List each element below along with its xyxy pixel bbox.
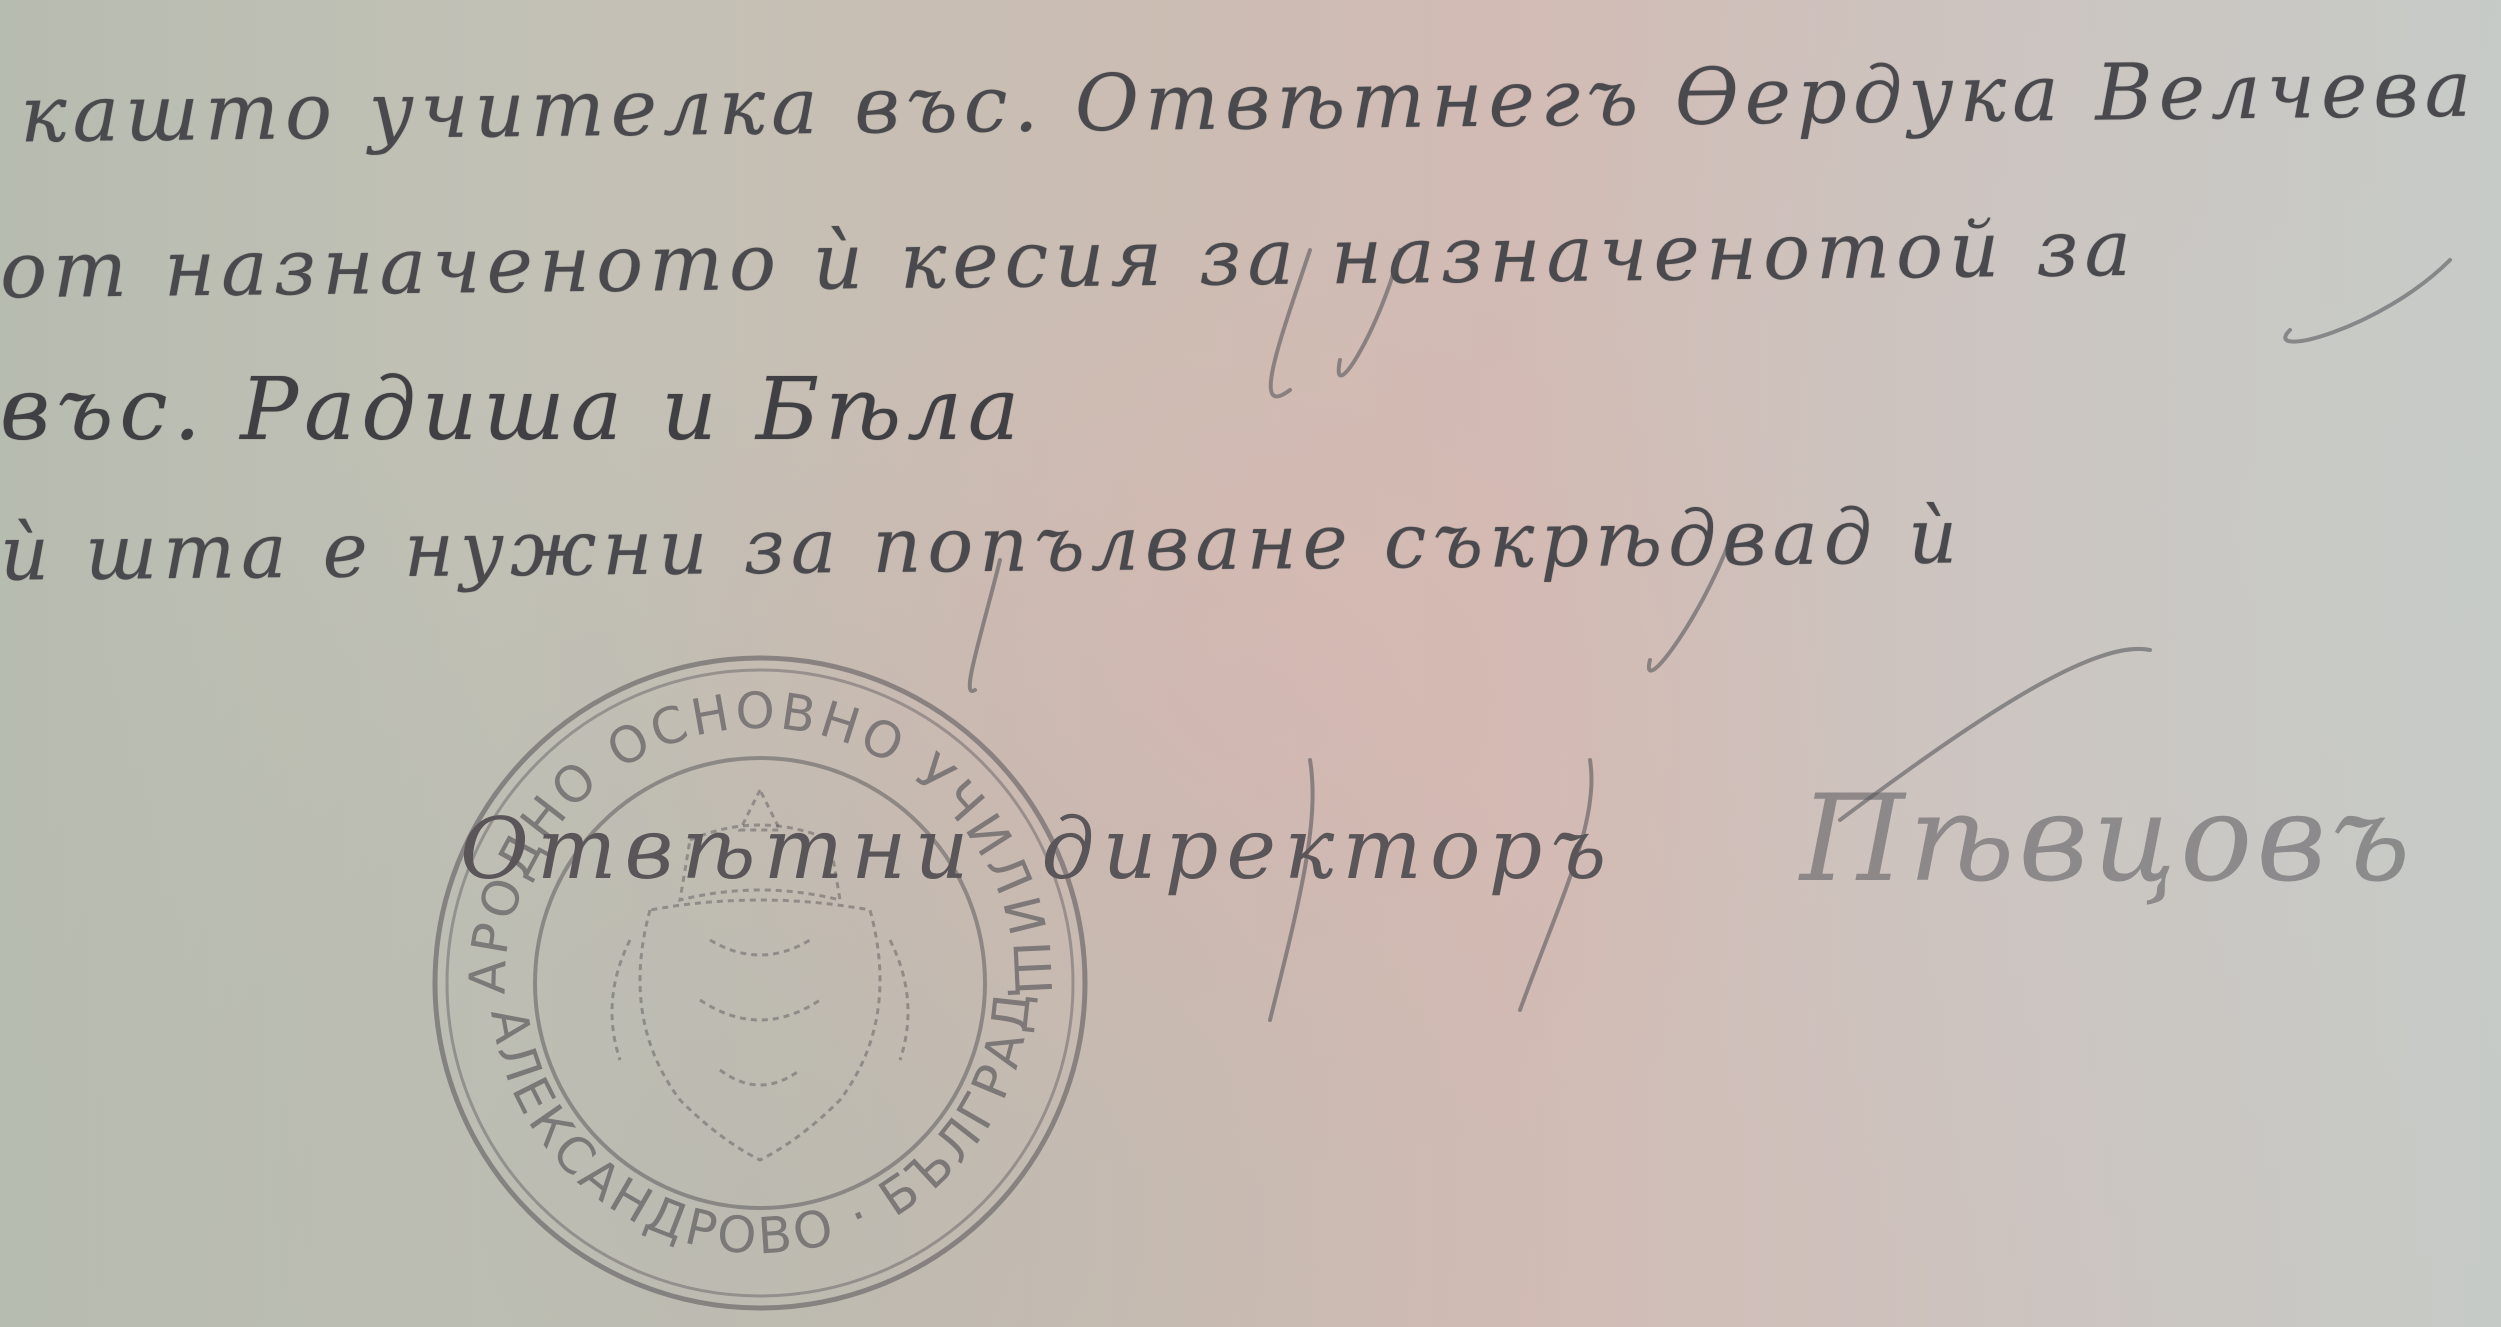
director-signature: Пѣвцовъ bbox=[1800, 770, 2414, 909]
handwritten-line-1: кашто учителка въс. Отвѣтнегъ Ѳердука Ве… bbox=[20, 40, 2501, 161]
handwritten-line-2: от назначеното ѝ кесия за назначенотой з… bbox=[0, 204, 2137, 316]
pen-flourishes bbox=[0, 0, 2501, 1327]
paper-background bbox=[0, 0, 2501, 1327]
responsible-label: Отвѣтни bbox=[460, 800, 977, 898]
handwritten-line-3: въс. Радиша и Бѣла bbox=[0, 360, 1025, 460]
director-title: директоръ bbox=[1041, 800, 1614, 898]
school-seal-stamp: НАРОДНО ОСНОВНО УЧИЛИЩЕ С. АЛЕКСАНДРОВО … bbox=[420, 640, 1100, 1327]
seal-graphic: НАРОДНО ОСНОВНО УЧИЛИЩЕ С. АЛЕКСАНДРОВО … bbox=[420, 640, 1100, 1327]
closing-line: Отвѣтни директоръ bbox=[460, 800, 1614, 898]
handwritten-line-4: ѝ шта е нужни за попълване съкрѣдвад ѝ bbox=[0, 491, 1963, 597]
